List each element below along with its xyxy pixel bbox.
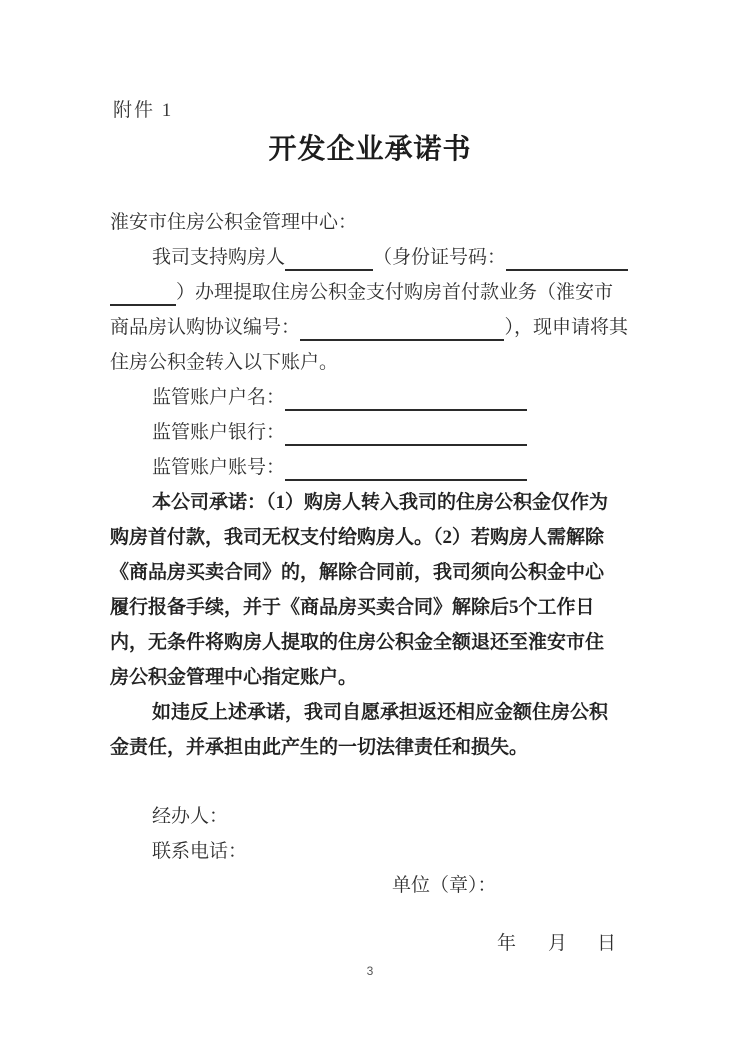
blank-underline-field <box>300 319 504 341</box>
document-text-line: 我司支持购房人（身份证号码： <box>110 234 628 269</box>
document-text-line: 购房首付款，我司无权支付给购房人。（2）若购房人需解除 <box>110 514 628 549</box>
document-text-line: 履行报备手续，并于《商品房买卖合同》解除后5个工作日 <box>110 584 628 619</box>
document-title: 开发企业承诺书 <box>0 127 740 167</box>
document-text-line: 金责任，并承担由此产生的一切法律责任和损失。 <box>110 724 628 759</box>
document-text-line: 监管账户账号： <box>110 444 628 479</box>
blank-underline-field <box>285 424 527 446</box>
text-segment: 淮安市住房公积金管理中心： <box>110 213 357 234</box>
text-segment: 金责任，并承担由此产生的一切法律责任和损失。 <box>110 738 528 759</box>
text-segment: 监管账户户名： <box>152 388 285 409</box>
document-text-line: 本公司承诺：（1）购房人转入我司的住房公积金仅作为 <box>110 479 628 514</box>
blank-underline-field <box>110 284 176 306</box>
document-text-line: 如违反上述承诺，我司自愿承担返还相应金额住房公积 <box>110 689 628 724</box>
text-segment: 如违反上述承诺，我司自愿承担返还相应金额住房公积 <box>152 703 608 724</box>
date-month-label: 月 <box>548 933 567 954</box>
text-segment: 购房首付款，我司无权支付给购房人。（2）若购房人需解除 <box>110 528 604 549</box>
text-segment: 我司支持购房人 <box>152 248 285 269</box>
date-day-label: 日 <box>597 933 616 954</box>
blank-underline-field <box>506 249 628 271</box>
page-number: 3 <box>0 964 740 978</box>
handler-label: 经办人： <box>152 801 228 828</box>
text-segment: 本公司承诺：（1）购房人转入我司的住房公积金仅作为 <box>152 493 608 514</box>
contact-phone-label: 联系电话： <box>152 836 247 863</box>
text-segment: 商品房认购协议编号： <box>110 318 300 339</box>
text-segment: 监管账户账号： <box>152 458 285 479</box>
blank-underline-field <box>285 459 527 481</box>
document-page: 附件 1 开发企业承诺书 淮安市住房公积金管理中心：我司支持购房人（身份证号码：… <box>0 0 740 1046</box>
text-segment: 监管账户银行： <box>152 423 285 444</box>
text-segment: 内，无条件将购房人提取的住房公积金全额退还至淮安市住 <box>110 633 604 654</box>
document-text-line: 《商品房买卖合同》的，解除合同前，我司须向公积金中心 <box>110 549 628 584</box>
document-text-line: 监管账户银行： <box>110 409 628 444</box>
text-segment: 履行报备手续，并于《商品房买卖合同》解除后5个工作日 <box>110 598 595 619</box>
document-text-line: 监管账户户名： <box>110 374 628 409</box>
document-text-line: 淮安市住房公积金管理中心： <box>110 199 628 234</box>
unit-seal-label: 单位（章）： <box>392 870 497 897</box>
attachment-label: 附件 1 <box>113 95 173 122</box>
document-text-line: 商品房认购协议编号：），现申请将其 <box>110 304 628 339</box>
text-segment: 《商品房买卖合同》的，解除合同前，我司须向公积金中心 <box>110 563 604 584</box>
text-segment: ）办理提取住房公积金支付购房首付款业务（淮安市 <box>176 283 613 304</box>
document-body: 淮安市住房公积金管理中心：我司支持购房人（身份证号码：）办理提取住房公积金支付购… <box>110 199 628 759</box>
document-text-line: 住房公积金转入以下账户。 <box>110 339 628 374</box>
document-text-line: 内，无条件将购房人提取的住房公积金全额退还至淮安市住 <box>110 619 628 654</box>
text-segment: 住房公积金转入以下账户。 <box>110 353 338 374</box>
text-segment: 房公积金管理中心指定账户。 <box>110 668 357 689</box>
text-segment: （身份证号码： <box>373 248 506 269</box>
date-year-label: 年 <box>497 933 516 954</box>
document-text-line: 房公积金管理中心指定账户。 <box>110 654 628 689</box>
text-segment: ），现申请将其 <box>504 318 628 339</box>
document-text-line: ）办理提取住房公积金支付购房首付款业务（淮安市 <box>110 269 628 304</box>
blank-underline-field <box>285 249 373 271</box>
blank-underline-field <box>285 389 527 411</box>
